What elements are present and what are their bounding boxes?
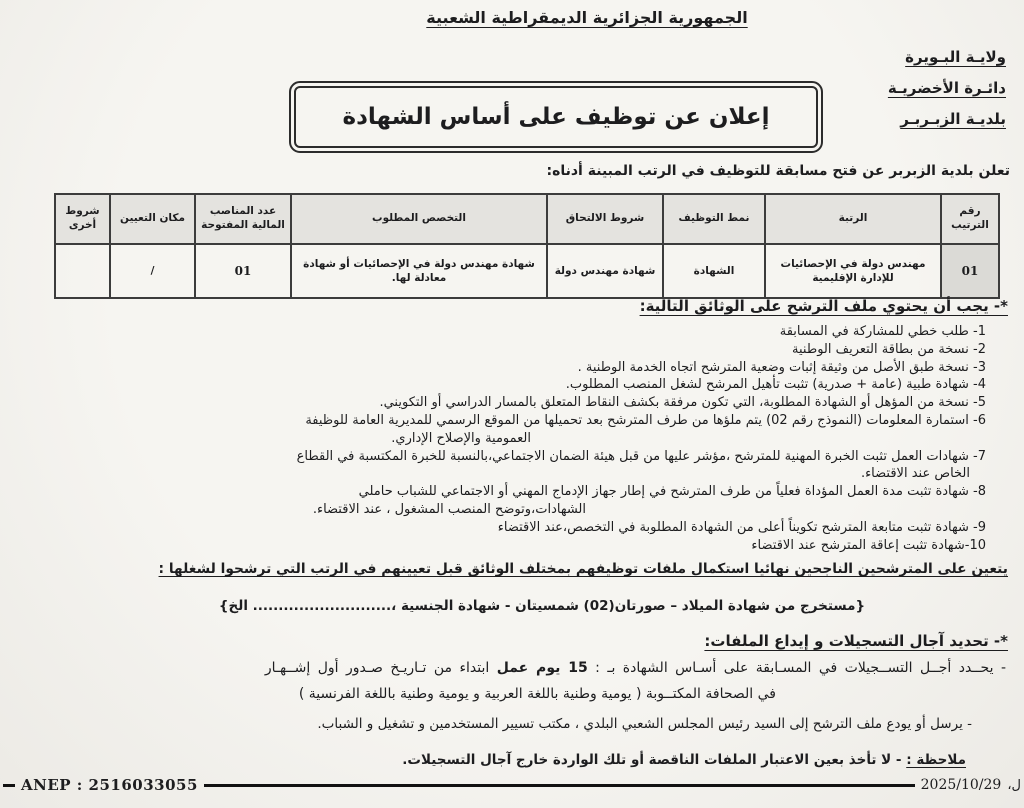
note-label: ملاحظة : [906, 752, 966, 768]
intro-line: تعلن بلدية الزبربر عن فتح مسابقة للتوظيف… [14, 163, 1010, 179]
cell-other-conditions [55, 244, 110, 298]
submission-address-line: - يرسل أو يودع ملف الترشح إلى السيد رئيس… [317, 716, 972, 732]
col-recruitment-mode: نمط التوظيف [663, 194, 765, 244]
required-documents-list: 1- طلب خطي للمشاركة في المسابقة 2- نسخة … [0, 323, 986, 554]
document-item-6-continued: العمومية والإصلاح الإداري. [0, 430, 531, 448]
document-item-1: 1- طلب خطي للمشاركة في المسابقة [0, 323, 986, 341]
extract-documents-line: {مستخرج من شهادة الميلاد – صورتان(02) شم… [0, 598, 1024, 614]
deadlines-section-heading: *- تحديد آجال التسجيلات و إيداع الملفات: [704, 632, 1008, 650]
note-text: - لا تأخذ بعين الاعتبار الملفات الناقصة … [402, 752, 906, 768]
col-required-specialty: التخصص المطلوب [291, 194, 547, 244]
document-item-8-continued: الشهادات،وتوضح المنصب المشغول ، عند الاق… [0, 501, 586, 519]
document-item-8: 8- شهادة تثبت مدة العمل المؤداة فعلياً م… [0, 483, 986, 501]
cell-recruitment-mode: الشهادة [663, 244, 765, 298]
document-item-6: 6- استمارة المعلومات (النموذج رقم 02) يت… [0, 412, 986, 430]
document-item-4: 4- شهادة طبية (عامة + صدرية) تثبت تأهيل … [0, 376, 986, 394]
positions-table: رقم الترتيب الرتبة نمط التوظيف شروط الال… [54, 193, 1000, 299]
cell-required-specialty: شهادة مهندس دولة في الإحصائيات أو شهادة … [291, 244, 547, 298]
col-assignment-place: مكان التعيين [110, 194, 195, 244]
document-item-7: 7- شهادات العمل تثبت الخبرة المهنية للمت… [0, 448, 986, 466]
republic-title: الجمهورية الجزائرية الديمقراطية الشعبية [0, 8, 1024, 27]
anep-number: ANEP : 2516033055 [21, 776, 198, 794]
col-other-conditions: شروط أخرى [55, 194, 110, 244]
document-item-5: 5- نسخة من المؤهل أو الشهادة المطلوبة، ا… [0, 394, 986, 412]
announcement-title-frame: إعلان عن توظيف على أساس الشهادة [294, 86, 818, 148]
footer-left-dash [3, 784, 15, 787]
commune-name: بلديـة الزبـربـر [888, 104, 1006, 135]
document-item-3: 3- نسخة طبق الأصل من وثيقة إثبات وضعية ا… [0, 359, 986, 377]
cell-rank-number: 01 [941, 244, 999, 298]
cell-admission-conditions: شهادة مهندس دولة [547, 244, 663, 298]
publication-date: 2025/10/29 [921, 777, 1002, 793]
completion-obligation-line: يتعين على المترشحين الناجحين نهائيا استك… [159, 561, 1008, 577]
documents-section-heading: *- يجب أن يحتوي ملف الترشح على الوثائق ا… [640, 297, 1008, 315]
recruitment-table: رقم الترتيب الرتبة نمط التوظيف شروط الال… [54, 193, 1000, 299]
cell-grade: مهندس دولة في الإحصائيات للإدارة الإقليم… [765, 244, 941, 298]
scanned-document-page: الجمهورية الجزائرية الديمقراطية الشعبية … [0, 0, 1024, 808]
col-admission-conditions: شروط الالتحاق [547, 194, 663, 244]
registration-deadline-line: - يحــدد أجــل التســجيلات في المسـابقة … [10, 660, 1006, 676]
announcement-title: إعلان عن توظيف على أساس الشهادة [343, 104, 770, 130]
cell-open-positions: 01 [195, 244, 291, 298]
wilaya-name: ولايـة البـويرة [888, 42, 1006, 73]
document-item-2: 2- نسخة من بطاقة التعريف الوطنية [0, 341, 986, 359]
col-open-positions: عدد المناصب المالية المفتوحة [195, 194, 291, 244]
col-grade: الرتبة [765, 194, 941, 244]
deadline-text-start: - يحــدد أجــل التســجيلات في المسـابقة … [588, 660, 1006, 676]
cell-assignment-place: / [110, 244, 195, 298]
deadline-duration: 15 يوم عمل [497, 660, 588, 676]
note-line: ملاحظة : - لا تأخذ بعين الاعتبار الملفات… [402, 752, 966, 768]
document-item-10: 10-شهادة تثبت إعاقة المترشح عند الاقتضاء [0, 537, 986, 555]
document-item-7-continued: الخاص عند الاقتضاء. [0, 465, 970, 483]
footer-rule: ANEP : 2516033055 2025/10/29 ،ل [0, 776, 1024, 794]
deadline-text-end: ابتداء من تـاريـخ صـدور أول إشــهـار [265, 660, 497, 676]
document-item-9: 9- شهادة تثبت متابعة المترشح تكويناً أعل… [0, 519, 986, 537]
table-header-row: رقم الترتيب الرتبة نمط التوظيف شروط الال… [55, 194, 999, 244]
table-row: 01 مهندس دولة في الإحصائيات للإدارة الإق… [55, 244, 999, 298]
col-rank-number: رقم الترتيب [941, 194, 999, 244]
daira-name: دائـرة الأخضريـة [888, 73, 1006, 104]
authority-block: ولايـة البـويرة دائـرة الأخضريـة بلديـة … [888, 42, 1006, 135]
footer-edge-fragment: ،ل [1007, 778, 1021, 793]
footer-horizontal-rule [204, 784, 915, 787]
press-publication-line: في الصحافة المكتــوبة ( يومية وطنية بالل… [299, 686, 776, 702]
